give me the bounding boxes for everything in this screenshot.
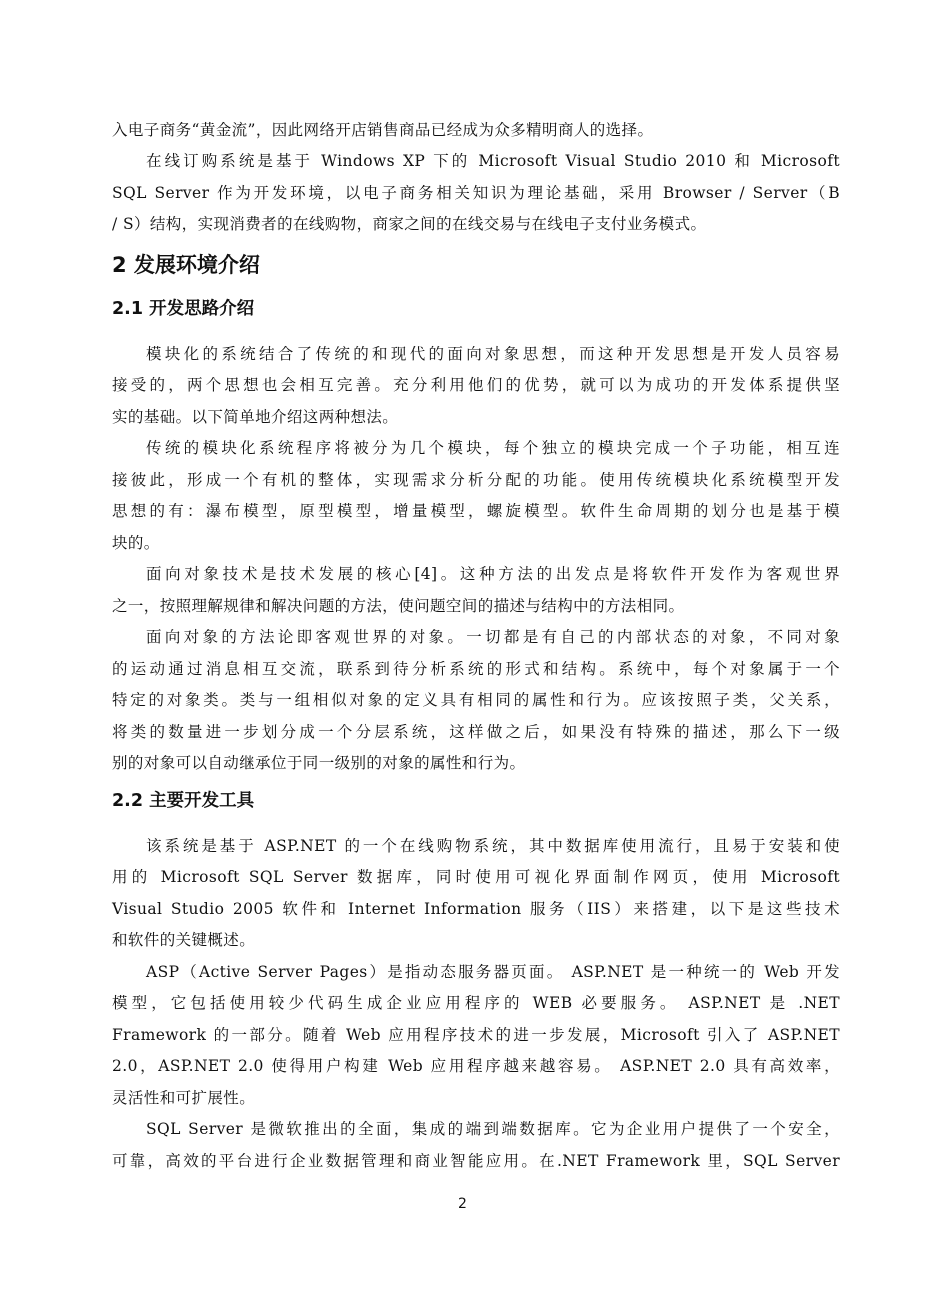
paragraph-line: 面向对象技术是技术发展的核心[4]。这种方法的出发点是将软件开发作为客观世界 — [146, 564, 840, 584]
paragraph-line: 可靠，高效的平台进行企业数据管理和商业智能应用。在.NET Framework … — [112, 1151, 840, 1171]
paragraph-line: 灵活性和可扩展性。 — [112, 1088, 840, 1108]
paragraph-line: 面向对象的方法论即客观世界的对象。一切都是有自己的内部状态的对象，不同对象 — [146, 627, 840, 647]
paragraph-line: 接受的，两个思想也会相互完善。充分利用他们的优势，就可以为成功的开发体系提供坚 — [112, 375, 840, 395]
paragraph-line: 入电子商务“黄金流”，因此网络开店销售商品已经成为众多精明商人的选择。 — [112, 120, 840, 140]
paragraph-line: 块的。 — [112, 533, 840, 553]
section-heading-2-2: 2.2 主要开发工具 — [112, 790, 254, 812]
paragraph-line: Visual Studio 2005 软件和 Internet Informat… — [112, 899, 840, 919]
paragraph-line: 2.0，ASP.NET 2.0 使得用户构建 Web 应用程序越来越容易。 AS… — [112, 1056, 840, 1076]
paragraph-line: 模型，它包括使用较少代码生成企业应用程序的 WEB 必要服务。 ASP.NET … — [112, 993, 840, 1013]
paragraph-line: 传统的模块化系统程序将被分为几个模块，每个独立的模块完成一个子功能，相互连 — [146, 438, 840, 458]
paragraph-line: 在线订购系统是基于 Windows XP 下的 Microsoft Visual… — [146, 151, 840, 171]
paragraph-line: 该系统是基于 ASP.NET 的一个在线购物系统，其中数据库使用流行，且易于安装… — [146, 836, 840, 856]
paragraph-line: 模块化的系统结合了传统的和现代的面向对象思想，而这种开发思想是开发人员容易 — [146, 344, 840, 364]
paragraph-line: Framework 的一部分。随着 Web 应用程序技术的进一步发展，Micro… — [112, 1025, 840, 1045]
paragraph-line: 实的基础。以下简单地介绍这两种想法。 — [112, 407, 840, 427]
paragraph-line: 之一，按照理解规律和解决问题的方法，使问题空间的描述与结构中的方法相同。 — [112, 596, 840, 616]
paragraph-line: ASP（Active Server Pages）是指动态服务器页面。 ASP.N… — [146, 962, 840, 982]
paragraph-line: 的运动通过消息相互交流，联系到待分析系统的形式和结构。系统中，每个对象属于一个 — [112, 659, 840, 679]
section-heading-2-1: 2.1 开发思路介绍 — [112, 298, 254, 320]
document-page: 入电子商务“黄金流”，因此网络开店销售商品已经成为众多精明商人的选择。 在线订购… — [0, 0, 925, 1309]
paragraph-line: SQL Server 作为开发环境，以电子商务相关知识为理论基础，采用 Brow… — [112, 183, 840, 203]
paragraph-line: 特定的对象类。类与一组相似对象的定义具有相同的属性和行为。应该按照子类，父关系， — [112, 690, 840, 710]
paragraph-line: 将类的数量进一步划分成一个分层系统，这样做之后，如果没有特殊的描述，那么下一级 — [112, 722, 840, 742]
paragraph-line: SQL Server 是微软推出的全面，集成的端到端数据库。它为企业用户提供了一… — [146, 1119, 840, 1139]
paragraph-line: 别的对象可以自动继承位于同一级别的对象的属性和行为。 — [112, 753, 840, 773]
paragraph-line: 思想的有：瀑布模型，原型模型，增量模型，螺旋模型。软件生命周期的划分也是基于模 — [112, 501, 840, 521]
paragraph-line: 用的 Microsoft SQL Server 数据库，同时使用可视化界面制作网… — [112, 867, 840, 887]
paragraph-line: 接彼此，形成一个有机的整体，实现需求分析分配的功能。使用传统模块化系统模型开发 — [112, 470, 840, 490]
paragraph-line: / S）结构，实现消费者的在线购物，商家之间的在线交易与在线电子支付业务模式。 — [112, 214, 840, 234]
section-heading-2: 2 发展环境介绍 — [112, 252, 260, 278]
paragraph-line: 和软件的关键概述。 — [112, 930, 840, 950]
page-number: 2 — [0, 1196, 925, 1212]
